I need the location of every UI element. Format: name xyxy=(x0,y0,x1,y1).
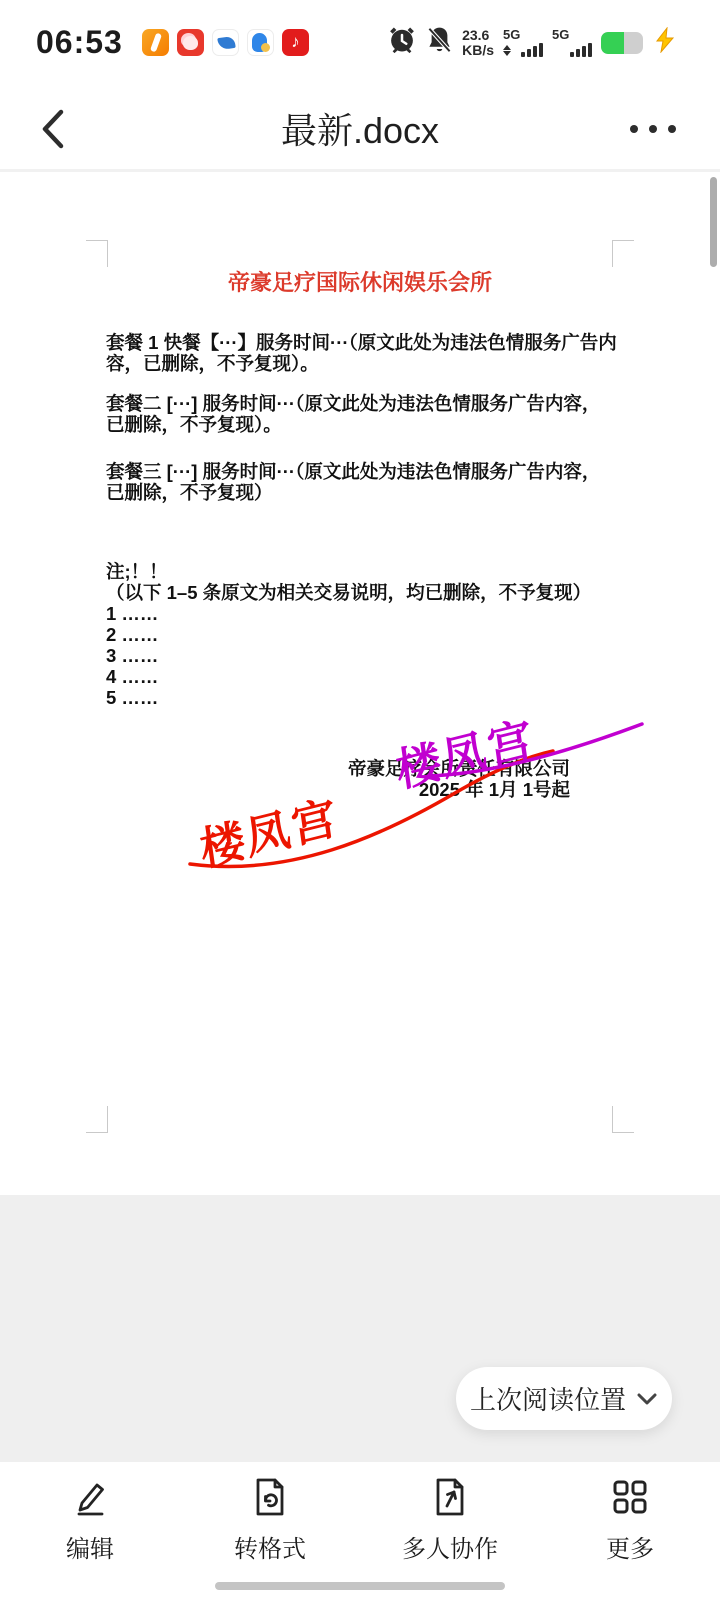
status-bar: 06:53 ♪ 23.6 KB/s 5G xyxy=(0,0,720,85)
status-icons-cluster: 23.6 KB/s 5G 5G xyxy=(387,0,676,85)
note-line: 5 …… xyxy=(106,687,618,708)
net-speed-value: 23.6 xyxy=(462,28,494,43)
signal-bars-icon xyxy=(521,43,543,57)
alarm-icon xyxy=(387,25,417,60)
bottom-toolbar: 编辑 转格式 多人协作 xyxy=(0,1462,720,1600)
more-menu-button[interactable] xyxy=(630,125,676,133)
scrollbar[interactable] xyxy=(710,177,717,267)
collaborate-button[interactable]: 多人协作 xyxy=(360,1462,540,1600)
network-speed: 23.6 KB/s xyxy=(462,28,494,58)
page-corner-mark xyxy=(86,1106,108,1133)
net-speed-unit: KB/s xyxy=(462,43,494,58)
more-grid-icon xyxy=(607,1474,653,1520)
last-read-position-button[interactable]: 上次阅读位置 xyxy=(456,1367,672,1430)
document-title: 最新.docx xyxy=(0,103,720,154)
signal-sim1: 5G xyxy=(503,26,543,60)
data-arrows-icon xyxy=(503,45,511,56)
notification-app-icons: ♪ xyxy=(142,29,309,56)
doc-notes: 注;！！ （以下 1–5 条原文为相关交易说明，均已删除，不予复现） 1 …… … xyxy=(106,561,618,708)
note-line: 4 …… xyxy=(106,666,618,687)
edit-label: 编辑 xyxy=(66,1529,114,1564)
note-line: 2 …… xyxy=(106,624,618,645)
watermark-stamp-red: 楼凤宫 xyxy=(196,780,342,879)
more-label: 更多 xyxy=(606,1529,654,1564)
pencil-icon xyxy=(67,1474,113,1520)
page-gap-background: 上次阅读位置 xyxy=(0,1195,720,1462)
battery-icon xyxy=(601,32,643,54)
doc-paragraph-1: 套餐 1 快餐【···】服务时间···（原文此处为违法色情服务广告内容，已删除，… xyxy=(106,332,618,374)
page-corner-mark xyxy=(86,240,108,267)
app-icon-music: ♪ xyxy=(282,29,309,56)
charging-bolt-icon xyxy=(654,27,676,58)
screen: 06:53 ♪ 23.6 KB/s 5G xyxy=(0,0,720,1600)
convert-format-button[interactable]: 转格式 xyxy=(180,1462,360,1600)
note-line: 注;！！ xyxy=(106,561,618,582)
title-bar: 最新.docx xyxy=(0,85,720,172)
home-indicator[interactable] xyxy=(215,1582,505,1590)
document-page: 帝豪足疗国际休闲娱乐会所 套餐 1 快餐【···】服务时间···（原文此处为违法… xyxy=(0,175,720,1195)
collaborate-label: 多人协作 xyxy=(402,1529,498,1564)
note-line: （以下 1–5 条原文为相关交易说明，均已删除，不予复现） xyxy=(106,582,618,603)
app-icon-orange xyxy=(142,29,169,56)
mute-bell-icon xyxy=(426,25,453,60)
edit-button[interactable]: 编辑 xyxy=(0,1462,180,1600)
note-line: 1 …… xyxy=(106,603,618,624)
chevron-down-icon xyxy=(636,1392,658,1406)
signal-sim2: 5G xyxy=(552,26,592,60)
convert-format-label: 转格式 xyxy=(234,1529,306,1564)
sim1-5g-label: 5G xyxy=(503,27,520,42)
sim2-5g-label: 5G xyxy=(552,27,569,42)
convert-format-icon xyxy=(247,1474,293,1520)
note-line: 3 …… xyxy=(106,645,618,666)
last-read-position-label: 上次阅读位置 xyxy=(470,1380,626,1417)
collaborate-icon xyxy=(427,1474,473,1520)
app-icon-game-mascot xyxy=(177,29,204,56)
doc-paragraph-2: 套餐二 [···] 服务时间···（原文此处为违法色情服务广告内容，已删除，不予… xyxy=(106,393,618,456)
page-corner-mark xyxy=(612,240,634,267)
doc-heading: 帝豪足疗国际休闲娱乐会所 xyxy=(0,266,720,297)
clock-time: 06:53 xyxy=(36,24,123,61)
app-icon-blue-bird xyxy=(212,29,239,56)
doc-paragraph-3: 套餐三 [···] 服务时间···（原文此处为违法色情服务广告内容，已删除，不予… xyxy=(106,461,618,545)
page-corner-mark xyxy=(612,1106,634,1133)
app-icon-blue-blob xyxy=(247,29,274,56)
more-button[interactable]: 更多 xyxy=(540,1462,720,1600)
signal-bars-icon xyxy=(570,43,592,57)
